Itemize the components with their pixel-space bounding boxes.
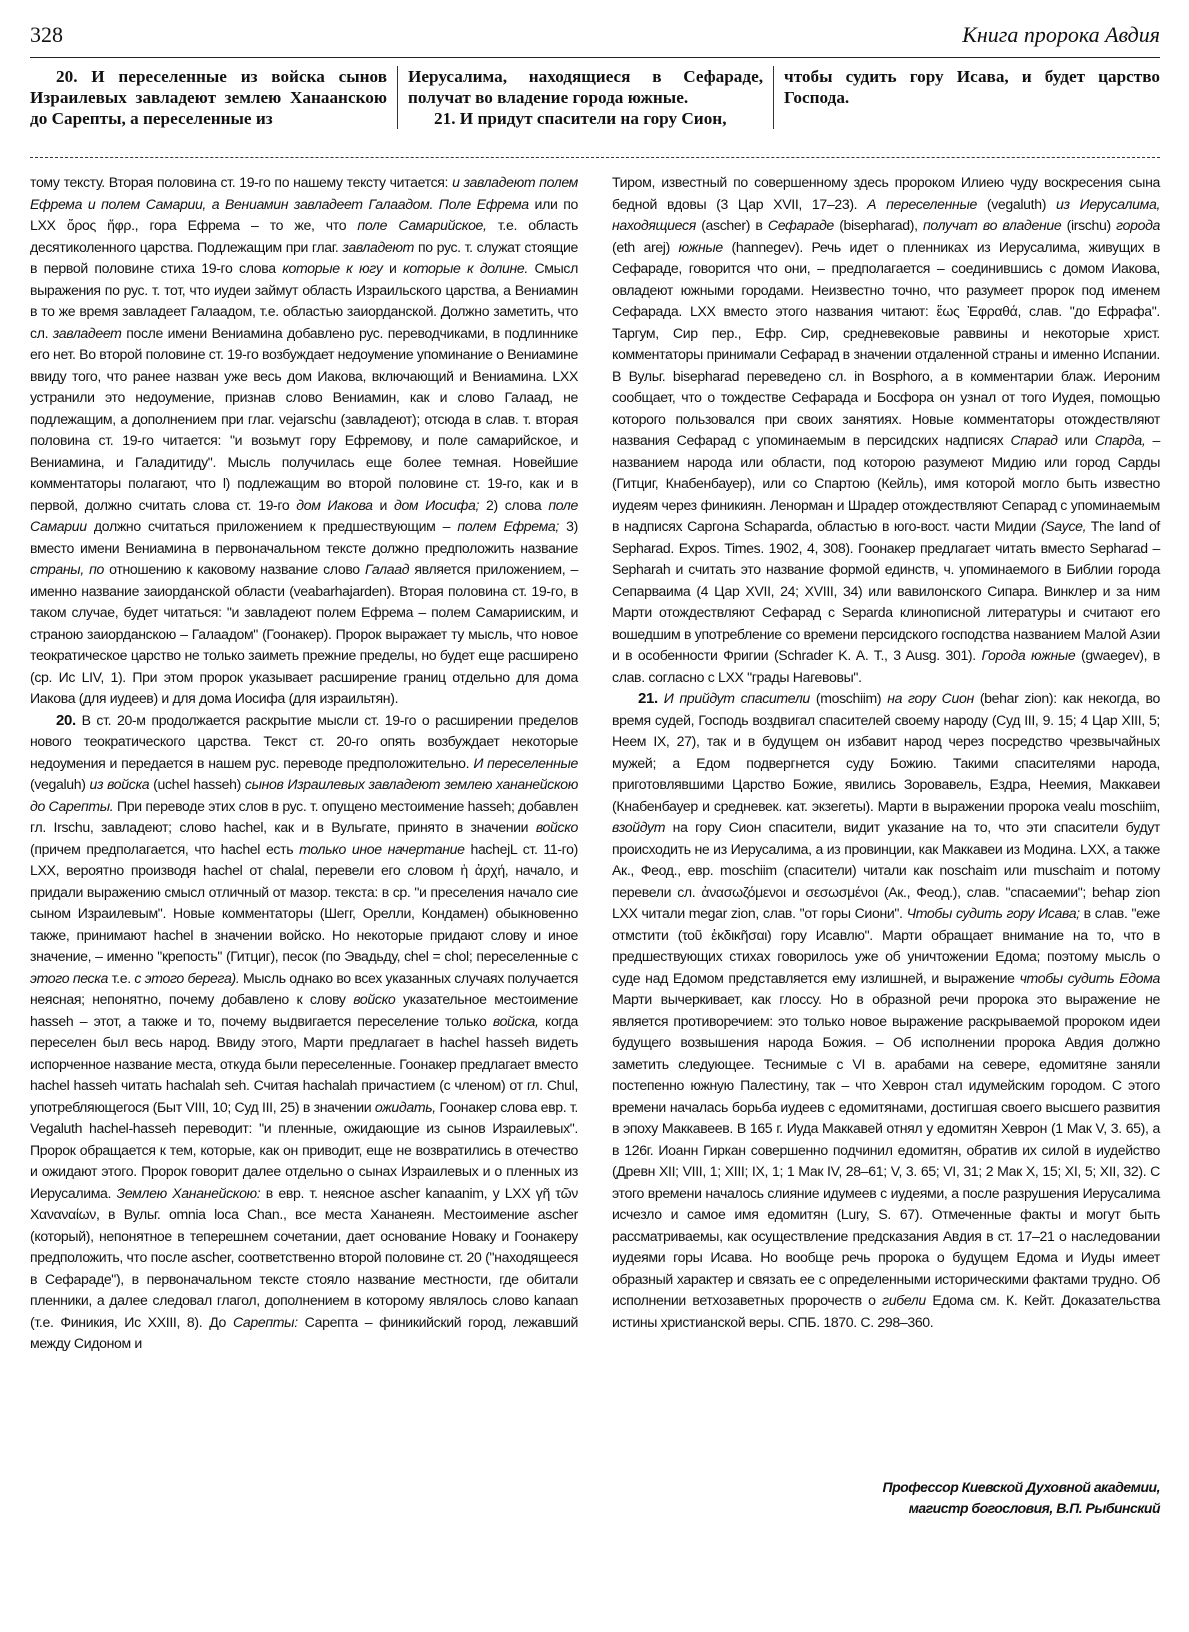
text-run: (vegaluth) bbox=[977, 196, 1056, 212]
verse-text: чтобы судить гору Исава, и будет царство… bbox=[784, 67, 1160, 107]
verse-column-1: 20. И переселенные из войска сынов Израи… bbox=[30, 66, 398, 129]
text-run: (eth arej) bbox=[612, 239, 679, 255]
italic-run: Землею Хананейскою: bbox=[117, 1185, 261, 1201]
author-title: Профессор Киевской Духовной академии, bbox=[883, 1477, 1160, 1498]
verse-text: И придут спасители на гору Сион, bbox=[455, 109, 726, 128]
italic-run: которые к долине. bbox=[403, 260, 528, 276]
italic-run: Чтобы судить гору Исава; bbox=[907, 905, 1080, 921]
text-run: (vegaluh) bbox=[30, 776, 90, 792]
text-run: (uchel hasseh) bbox=[149, 776, 245, 792]
italic-run: Города южные bbox=[981, 647, 1075, 663]
text-run: и bbox=[383, 260, 404, 276]
italic-run: только иное начертание bbox=[299, 841, 464, 857]
italic-run: дом Иосифа; bbox=[394, 497, 479, 513]
italic-run: И прийдут спасители bbox=[664, 690, 810, 706]
verse-text: Иерусалима, находящиеся в Сефараде, полу… bbox=[408, 67, 763, 107]
text-run: (причем предполагается, что hachel есть bbox=[30, 841, 299, 857]
italic-run: которые к югу bbox=[282, 260, 382, 276]
text-run: является приложением, – именно название … bbox=[30, 561, 578, 706]
italic-run: Спарад bbox=[1010, 432, 1057, 448]
text-run: (moschiim) bbox=[810, 690, 887, 706]
text-run: До bbox=[209, 1314, 233, 1330]
italic-run: завладеет bbox=[53, 325, 122, 341]
author-name: магистр богословия, В.П. Рыбинский bbox=[883, 1498, 1160, 1519]
italic-run: Сарепты: bbox=[233, 1314, 298, 1330]
italic-run: завладеют bbox=[342, 239, 414, 255]
commentary-left-column: тому тексту. Вторая половина ст. 19-го п… bbox=[30, 172, 578, 1355]
italic-run: чтобы судить Едома bbox=[1020, 970, 1160, 986]
text-run: 2) слова bbox=[479, 497, 548, 513]
italic-run: получат во владение bbox=[923, 217, 1061, 233]
italic-run: (Sayce, bbox=[1041, 518, 1086, 534]
italic-run: войско bbox=[536, 819, 578, 835]
verse-number: 20. bbox=[56, 67, 77, 86]
text-run: т.е. bbox=[108, 970, 134, 986]
italic-run: южные bbox=[679, 239, 723, 255]
text-run: (ascher) в bbox=[696, 217, 768, 233]
italic-run: на гору Сион bbox=[887, 690, 974, 706]
text-run: в евр. т. неясное ascher kanaanim, у LXX… bbox=[30, 1185, 578, 1330]
italic-run: города bbox=[1116, 217, 1160, 233]
verse-number: 21. bbox=[434, 109, 455, 128]
text-run: The land of Sepharad. Expos. Times. 1902… bbox=[612, 518, 1160, 663]
commentary-paragraph: 20. В ст. 20-м продолжается раскрытие мы… bbox=[30, 710, 578, 1355]
text-run: (behar zion): как некогда, во время суде… bbox=[612, 690, 1160, 814]
text-run: Марти вычеркивает, как глоссу. Но в обра… bbox=[612, 991, 1160, 1308]
italic-run: войско bbox=[353, 991, 395, 1007]
commentary-paragraph: Тиром, известный по совершенному здесь п… bbox=[612, 172, 1160, 688]
text-run: hachejL ст. 11-го) LXX, вероятно произво… bbox=[30, 841, 578, 965]
running-title: Книга пророка Авдия bbox=[962, 22, 1160, 48]
italic-run: с этого берега). bbox=[134, 970, 239, 986]
commentary-right-column: Тиром, известный по совершенному здесь п… bbox=[612, 172, 1160, 1355]
verses-rule bbox=[30, 157, 1160, 158]
verse-text: И переселенные из войска сынов Израилевы… bbox=[30, 67, 387, 128]
italic-run: взойдут bbox=[612, 819, 665, 835]
italic-run: страны, по bbox=[30, 561, 104, 577]
italic-run: этого песка bbox=[30, 970, 108, 986]
text-run: (bisepharad), bbox=[834, 217, 923, 233]
italic-run: Галаад bbox=[365, 561, 409, 577]
italic-run: ожидать, bbox=[375, 1099, 436, 1115]
text-run: тому тексту. Вторая половина ст. 19-го п… bbox=[30, 174, 452, 190]
italic-run: войска, bbox=[493, 1013, 539, 1029]
italic-run: гибели bbox=[882, 1292, 926, 1308]
text-run: (hannegev). Речь идет о пленниках из Иер… bbox=[612, 239, 1160, 449]
verse-number: 21. bbox=[638, 690, 658, 707]
page-number: 328 bbox=[30, 22, 63, 48]
text-run: или bbox=[1058, 432, 1095, 448]
italic-run: И переселенные bbox=[473, 755, 578, 771]
scripture-verses: 20. И переселенные из войска сынов Израи… bbox=[30, 66, 1160, 129]
running-head: 328 Книга пророка Авдия bbox=[30, 22, 1160, 54]
italic-run: из войска bbox=[90, 776, 150, 792]
text-run: после имени Вениамина добавлено рус. пер… bbox=[30, 325, 578, 513]
commentary-paragraph: 21. И прийдут спасители (moschiim) на го… bbox=[612, 688, 1160, 1333]
text-run: При переводе этих слов в рус. т. опущено… bbox=[30, 798, 578, 836]
italic-run: Спарда, bbox=[1095, 432, 1146, 448]
italic-run: полем Ефрема; bbox=[457, 518, 559, 534]
italic-run: дом Иакова bbox=[296, 497, 372, 513]
verse-number: 20. bbox=[56, 712, 76, 729]
italic-run: А переселенные bbox=[867, 196, 977, 212]
verse-column-3: чтобы судить гору Исава, и будет царство… bbox=[774, 66, 1160, 129]
text-run: (irschu) bbox=[1061, 217, 1116, 233]
commentary: тому тексту. Вторая половина ст. 19-го п… bbox=[30, 172, 1160, 1355]
commentary-paragraph: тому тексту. Вторая половина ст. 19-го п… bbox=[30, 172, 578, 710]
italic-run: Сефараде bbox=[768, 217, 834, 233]
verse-column-2: Иерусалима, находящиеся в Сефараде, полу… bbox=[398, 66, 774, 129]
text-run: и bbox=[373, 497, 394, 513]
header-rule bbox=[30, 57, 1160, 58]
author-signature: Профессор Киевской Духовной академии, ма… bbox=[883, 1477, 1160, 1519]
text-run: отношению к каковому название слово bbox=[104, 561, 365, 577]
text-run: должно считаться приложением к предшеств… bbox=[87, 518, 458, 534]
italic-run: поле Самарийское, bbox=[357, 217, 486, 233]
